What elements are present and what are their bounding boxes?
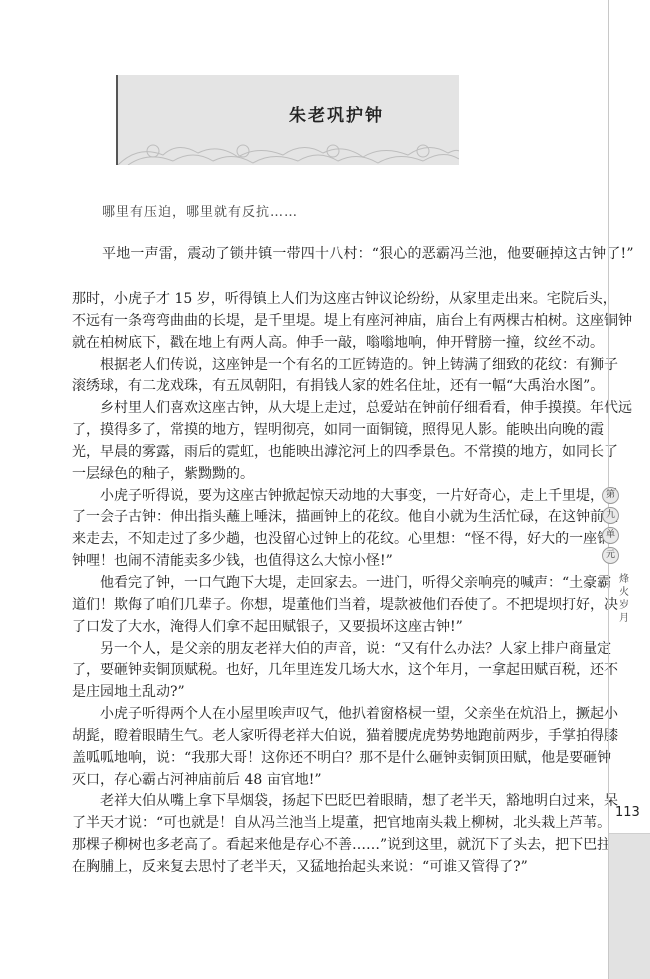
- text-line: 钟哩！也闹不清能卖多少钱，也值得这么大惊小怪!”: [72, 551, 594, 573]
- body-text: 那时，小虎子才 15 岁，听得镇上人们为这座古钟议论纷纷，从家里走出来。宅院后头…: [72, 289, 594, 879]
- text-line: 那棵子柳树也多老高了。看起来他是存心不善……”说到这里，就沉下了头去，把下巴拄: [72, 835, 594, 857]
- chapter-title: 朱老巩护钟: [118, 101, 459, 126]
- unit-label: 第 九 单 元: [602, 487, 618, 567]
- text-line: 灭口，存心霸占河神庙前后 48 亩官地!”: [72, 770, 594, 792]
- cloud-wave-ornament-icon: [118, 139, 459, 165]
- text-line: 道们！欺侮了咱们几辈子。你想，堤董他们当着，堤款被他们吞使了。不把堤坝打好，决: [72, 595, 594, 617]
- text-line: 了，摸得多了，常摸的地方，锃明彻亮，如同一面铜镜，照得见人影。能映出向晚的霞: [72, 420, 594, 442]
- unit-name: 烽 火 岁 月: [618, 573, 630, 625]
- text-line: 了，要砸钟卖铜顶赋税。也好，几年里连发几场大水，这个年月，一拿起田赋百税，还不: [72, 660, 594, 682]
- text-line: 乡村里人们喜欢这座古钟，从大堤上走过，总爱站在钟前仔细看看，伸手摸摸。年代远: [72, 398, 594, 420]
- unit-badge: 元: [602, 547, 619, 564]
- text-line: 小虎子听得两个人在小屋里唉声叹气，他扒着窗格棂一望，父亲坐在炕沿上，撅起小: [72, 704, 594, 726]
- text-line: 他看完了钟，一口气跑下大堤，走回家去。一进门，听得父亲响亮的喊声：“土豪霸: [72, 573, 594, 595]
- text-line: 小虎子听得说，要为这座古钟掀起惊天动地的大事变，一片好奇心，走上千里堤，看: [72, 486, 594, 508]
- text-line: 胡髭，瞪着眼睛生气。老人家听得老祥大伯说，猫着腰虎虎势势地跑前两步，手掌拍得膝: [72, 726, 594, 748]
- text-line: 了半天才说：“可也就是！自从冯兰池当上堤董，把官地南头栽上柳树，北头栽上芦苇。: [72, 813, 594, 835]
- unit-name-char: 月: [618, 612, 630, 625]
- text-line: 老祥大伯从嘴上拿下旱烟袋，扬起下巴眨巴着眼睛，想了老半天，豁地明白过来，呆: [72, 791, 594, 813]
- unit-badge: 第: [602, 487, 619, 504]
- text-line: 一层绿色的釉子，紫黝黝的。: [72, 464, 594, 486]
- text-line: 盖呱呱地响，说：“我那大哥！这你还不明白？那不是什么砸钟卖铜顶田赋，他是要砸钟: [72, 748, 594, 770]
- unit-badge: 单: [602, 527, 619, 544]
- text-line: 另一个人，是父亲的朋友老祥大伯的声音，说：“又有什么办法？人家上排户商量定: [72, 639, 594, 661]
- lead-paragraph: 平地一声雷，震动了锁井镇一带四十八村：“狠心的恶霸冯兰池，他要砸掉这古钟了!”: [102, 243, 602, 263]
- unit-name-char: 岁: [618, 599, 630, 612]
- text-line: 是庄园地土乱动?”: [72, 682, 594, 704]
- text-line: 那时，小虎子才 15 岁，听得镇上人们为这座古钟议论纷纷，从家里走出来。宅院后头…: [72, 289, 594, 311]
- text-line: 根据老人们传说，这座钟是一个有名的工匠铸造的。钟上铸满了细致的花纹：有狮子: [72, 355, 594, 377]
- epigraph: 哪里有压迫，哪里就有反抗……: [102, 201, 298, 220]
- unit-name-char: 火: [618, 586, 630, 599]
- unit-name-char: 烽: [618, 573, 630, 586]
- text-line: 滚绣球，有二龙戏珠，有五凤朝阳，有捐钱人家的姓名住址，还有一幅“大禹治水图”。: [72, 376, 594, 398]
- text-line: 光，早晨的雾露，雨后的霓虹，也能映出滹沱河上的四季景色。不常摸的地方，如同长了: [72, 442, 594, 464]
- text-line: 来走去，不知走过了多少趟，也没留心过钟上的花纹。心里想：“怪不得，好大的一座铜: [72, 529, 594, 551]
- page-number: 113: [615, 805, 640, 820]
- text-line: 就在柏树底下，戳在地上有两人高。伸手一敲，嗡嗡地响，伸开臂膀一撞，纹丝不动。: [72, 333, 594, 355]
- text-line: 了口发了大水，淹得人们拿不起田赋银子，又要损坏这座古钟!”: [72, 617, 594, 639]
- text-line: 不远有一条弯弯曲曲的长堤，是千里堤。堤上有座河神庙，庙台上有两棵古柏树。这座铜钟: [72, 311, 594, 333]
- unit-badge: 九: [602, 507, 619, 524]
- text-line: 了一会子古钟：伸出指头蘸上唾沫，描画钟上的花纹。他自小就为生活忙碌，在这钟前走: [72, 507, 594, 529]
- chapter-title-banner: 朱老巩护钟: [116, 75, 459, 165]
- text-line: 在胸脯上，反来复去思忖了老半天，又猛地抬起头来说：“可谁又管得了?”: [72, 857, 594, 879]
- page-edge-tab: [609, 833, 650, 979]
